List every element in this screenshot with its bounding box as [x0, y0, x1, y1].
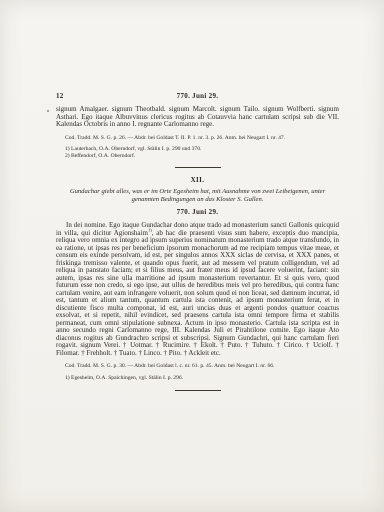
- scanned-book-page: 12 770. Juni 29. signum Amalgaer. signum…: [0, 0, 384, 512]
- previous-entry-footnotes: 1) Lauterbach, O.A. Oberndorf, vgl. Stäl…: [56, 146, 339, 159]
- footnote: 1) Egesheim, O.A. Spaichingen, vgl. Stäl…: [56, 375, 339, 382]
- entry-body: In dei nomine. Ego itaque Gundachar dono…: [56, 222, 339, 357]
- previous-entry-closing-paragraph: signum Amalgaer. signum Theotbald. signu…: [56, 106, 339, 129]
- footnote: 1) Lauterbach, O.A. Oberndorf, vgl. Stäl…: [56, 146, 339, 153]
- page-bottom-divider: [175, 390, 221, 391]
- entry-number: XII.: [56, 176, 339, 184]
- scan-speckle: [47, 110, 49, 112]
- section-divider: [175, 167, 221, 168]
- previous-entry-source-note: Cod. Tradd. M. S. G. p. 26. — Abdr. bei …: [56, 135, 339, 142]
- running-header: 770. Juni 29.: [56, 92, 339, 100]
- entry-source-note: Cod. Tradd. M. S. G. p. 30. — Abdr. bei …: [56, 363, 339, 370]
- entry-footnotes: 1) Egesheim, O.A. Spaichingen, vgl. Stäl…: [56, 375, 339, 382]
- page-content: 12 770. Juni 29. signum Amalgaer. signum…: [56, 92, 339, 391]
- entry-date: 770. Juni 29.: [56, 208, 339, 216]
- page-header: 12 770. Juni 29.: [56, 92, 339, 101]
- entry-summary: Gundachar giebt alles, was er im Orte Eg…: [64, 188, 331, 203]
- footnote: 2) Beffendorf, O.A. Oberndorf.: [56, 153, 339, 160]
- page-number: 12: [56, 92, 64, 100]
- entry-body-text-after: , ab hac die praesenti visus sum habere,…: [56, 229, 339, 357]
